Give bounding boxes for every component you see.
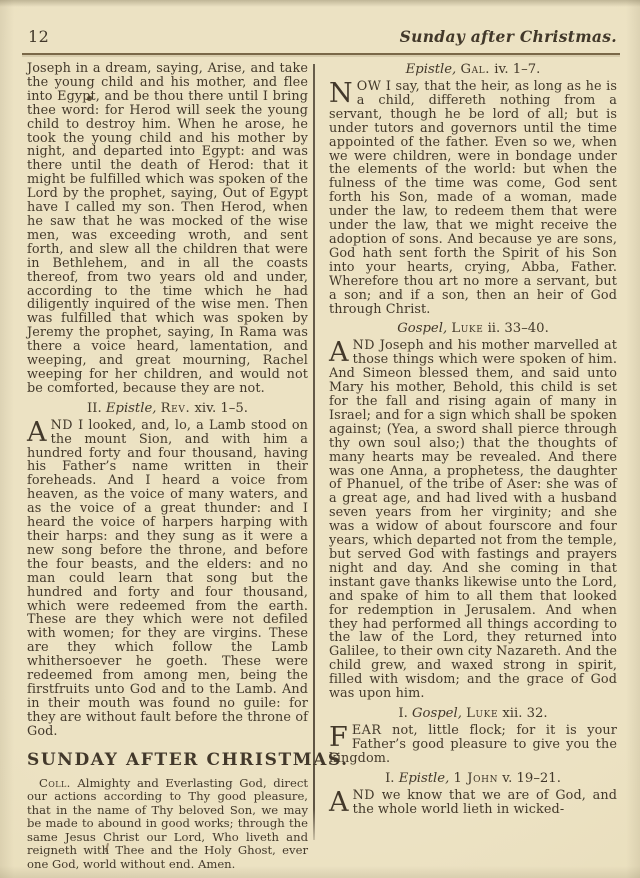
collect-paragraph: Coll. Almighty and Everlasting God, dire… — [27, 777, 308, 872]
paragraph-text: Joseph in a dream, saying, Arise, and ta… — [27, 61, 308, 396]
epistle-john-heading: I. Epistle, 1 John v. 19–21. — [329, 771, 617, 786]
epistle-john-paragraph: AND we know that we are of God, and the … — [329, 789, 617, 817]
heading-label: Epistle, — [399, 771, 450, 786]
drop-cap: F — [329, 724, 352, 749]
epistle-gal-paragraph: NOW I say, that the heir, as long as he … — [329, 80, 617, 316]
heading-book: Gal. — [460, 62, 490, 77]
gospel-luke-paragraph: AND Joseph and his mother marvelled at t… — [329, 339, 617, 701]
gospel-luke-xii-paragraph: FEAR not, little flock; for it is your F… — [329, 724, 617, 766]
heading-label: Epistle, — [106, 401, 157, 416]
header-rule — [22, 53, 620, 55]
heading-book: Luke — [466, 706, 498, 721]
heading-label: Gospel, — [397, 321, 447, 336]
paragraph-text: Joseph and his mother marvelled at those… — [329, 338, 617, 701]
lead-caps: OW — [357, 79, 382, 94]
text-columns: Joseph in a dream, saying, Arise, and ta… — [27, 62, 617, 858]
gospel-luke-heading: Gospel, Luke ii. 33–40. — [329, 321, 617, 336]
heading-ref: iv. 1–7. — [494, 62, 540, 77]
heading-book: Rev. — [161, 401, 191, 416]
sunday-after-christmas-heading: SUNDAY AFTER CHRISTMAS. — [27, 750, 308, 770]
heading-number: I. — [398, 706, 407, 721]
heading-number: II. — [87, 401, 102, 416]
running-head: Sunday after Christmas. — [400, 27, 617, 46]
lead-caps: EAR — [352, 723, 382, 738]
epistle-rev-paragraph: AND I looked, and, lo, a Lamb stood on t… — [27, 419, 308, 739]
drop-cap: A — [27, 419, 51, 444]
heading-label: Epistle, — [406, 62, 457, 77]
paragraph-text: I looked, and, lo, a Lamb stood on the m… — [27, 418, 308, 739]
heading-book: 1 John — [453, 771, 498, 786]
paragraph-text: we know that we are of God, and the whol… — [353, 788, 617, 817]
right-column: Epistle, Gal. iv. 1–7. NOW I say, that t… — [329, 62, 617, 858]
collect-text: Almighty and Everlasting God, direct our… — [27, 776, 308, 871]
lead-caps: ND — [353, 788, 375, 803]
heading-ref: v. 19–21. — [502, 771, 561, 786]
page-number: 12 — [28, 27, 49, 46]
heading-ref: ii. 33–40. — [488, 321, 549, 336]
left-column: Joseph in a dream, saying, Arise, and ta… — [27, 62, 308, 858]
heading-number: I. — [385, 771, 394, 786]
paragraph-text: I say, that the heir, as long as he is a… — [329, 79, 617, 317]
heading-ref: xii. 32. — [502, 706, 547, 721]
epistle-rev-heading: II. Epistle, Rev. xiv. 1–5. — [27, 401, 308, 416]
drop-cap: N — [329, 80, 357, 105]
column-divider-rule — [313, 64, 315, 840]
book-page: 12 Sunday after Christmas. Joseph in a d… — [0, 0, 640, 878]
epistle-gal-heading: Epistle, Gal. iv. 1–7. — [329, 62, 617, 77]
gospel-luke-xii-heading: I. Gospel, Luke xii. 32. — [329, 706, 617, 721]
drop-cap: A — [329, 339, 353, 364]
drop-cap: A — [329, 789, 353, 814]
page-header: 12 Sunday after Christmas. — [28, 27, 617, 46]
heading-book: Luke — [451, 321, 483, 336]
heading-label: Gospel, — [412, 706, 462, 721]
lead-caps: ND — [51, 418, 73, 433]
lead-caps: ND — [353, 338, 375, 353]
gospel-continuation-paragraph: Joseph in a dream, saying, Arise, and ta… — [27, 62, 308, 396]
heading-ref: xiv. 1–5. — [194, 401, 248, 416]
collect-label: Coll. — [39, 776, 71, 790]
